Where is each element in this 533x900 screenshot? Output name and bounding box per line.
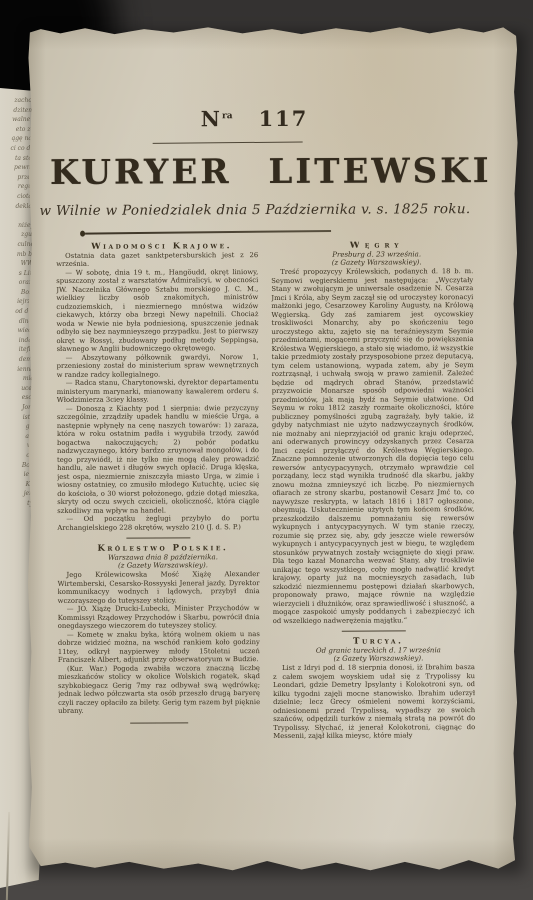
article-paragraph: — Donoszą z Kiachty pod 1 sierpnia: dwie… bbox=[57, 404, 259, 515]
article-paragraph: Ostatnia data gazet sanktpetersburskich … bbox=[56, 251, 258, 269]
article-paragraph: Jego Królewicowska Mość Xiążę Alexander … bbox=[58, 570, 260, 605]
publication-dateline: w Wilnie w Poniedzialek dnia 5 Październ… bbox=[25, 201, 485, 219]
issue-rule bbox=[153, 141, 303, 143]
page-content: Nra117 KURYER LITEWSKI w Wilnie w Ponied… bbox=[24, 23, 520, 873]
masthead-title: KURYER LITEWSKI bbox=[25, 151, 517, 193]
article-paragraph: (Kur. War.) Pogoda zwabiła wczora znaczn… bbox=[58, 664, 260, 716]
article-paragraph: — Abszytowany półkownik gwardyi, Norow 1… bbox=[57, 353, 259, 379]
column-right: Węgry Presburg d. 23 września. (z Gazety… bbox=[271, 241, 476, 822]
article-paragraph: — Od początku żeglugi przybyło do portu … bbox=[57, 514, 259, 532]
section-heading-wiadomosci-krajowe: Wiadomości Krajowe. bbox=[56, 242, 258, 251]
column-end-rule bbox=[130, 722, 188, 723]
dateline-rule bbox=[85, 230, 331, 234]
article-paragraph: — JO. Xiążę Drucki-Lubecki, Minister Prz… bbox=[58, 604, 260, 630]
newspaper-page: Nra117 KURYER LITEWSKI w Wilnie w Ponied… bbox=[26, 24, 518, 872]
issue-digits: 117 bbox=[258, 106, 308, 131]
article-paragraph: List z Idryi pod d. 18 sierpnia donosi, … bbox=[273, 663, 475, 740]
section-separator bbox=[126, 537, 190, 538]
article-paragraph: — W sobotę, dnia 19 t. m., Hangöudd, okr… bbox=[56, 268, 258, 354]
article-paragraph: Treść propozycyy Królewskich, podanych d… bbox=[271, 267, 475, 625]
issue-prefix: N bbox=[201, 106, 222, 131]
issue-number: Nra117 bbox=[145, 106, 365, 132]
section-separator bbox=[342, 631, 406, 632]
issue-superscript: ra bbox=[222, 111, 233, 121]
column-left: Wiadomości Krajowe. Ostatnia data gazet … bbox=[56, 242, 260, 809]
article-paragraph: — Kometę w znaku byka, którą wolnem okie… bbox=[58, 630, 260, 665]
article-paragraph: — Radca stanu, Charytonowski, dyrektor d… bbox=[57, 378, 259, 404]
